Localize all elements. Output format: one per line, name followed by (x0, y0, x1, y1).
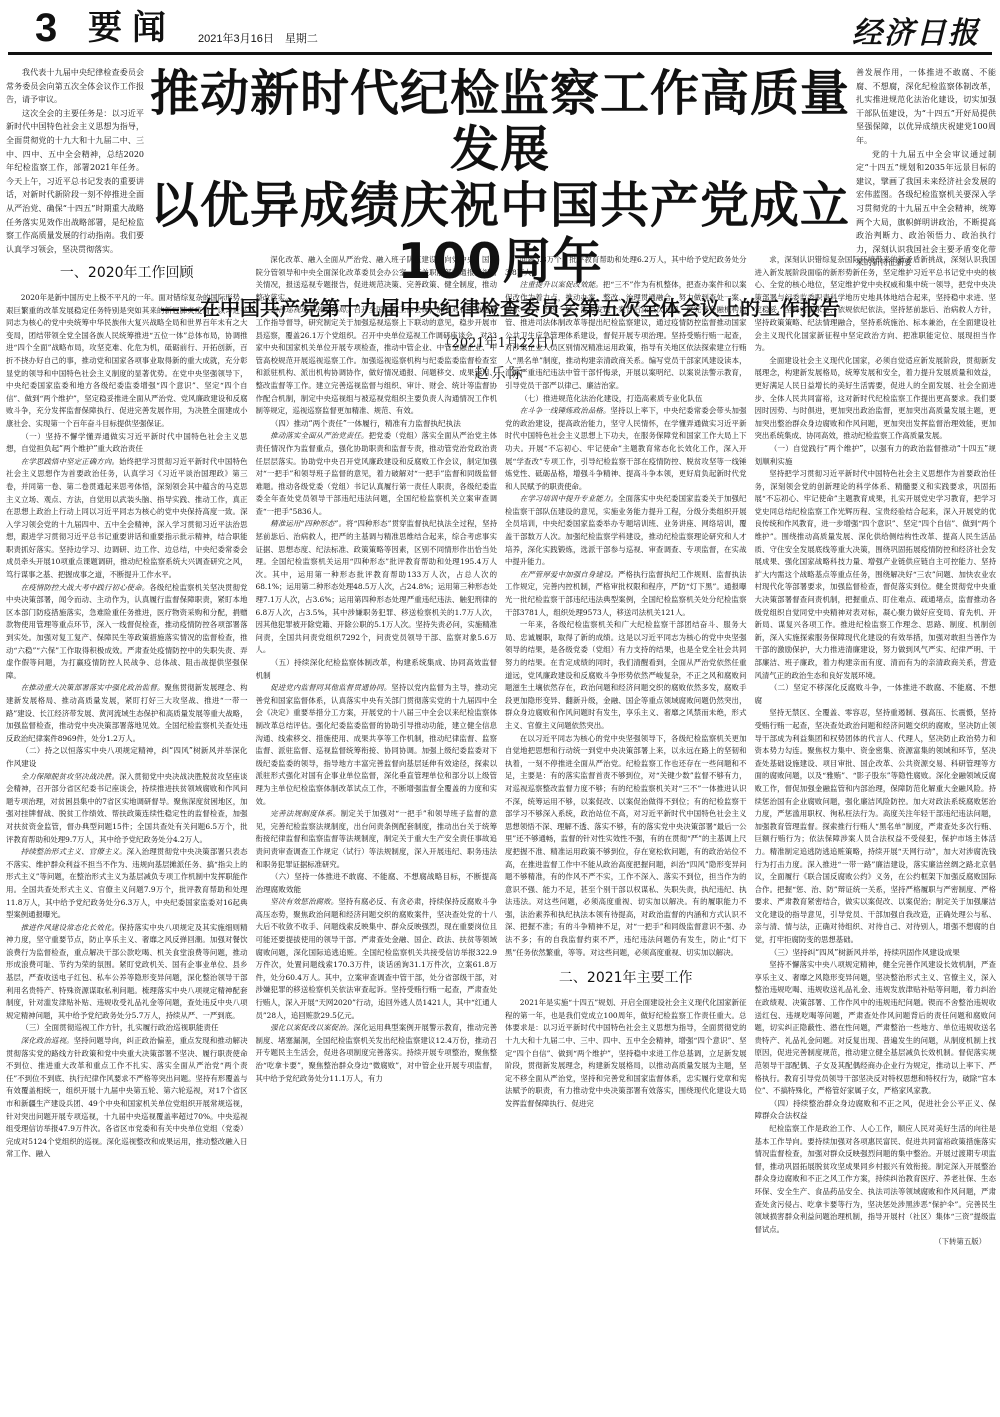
paragraph-lead: 坚决有效惩治腐败。 (270, 897, 338, 906)
subsection-heading: （二）持之以恒落实中央八项规定精神，纠“四风”树新风并举深化作风建设 (6, 745, 248, 770)
body-paragraph: 问题3.8万个，批评教育帮助和处理6.2万人，其中给予党纪政务处分3.8万人。 (505, 254, 747, 279)
intro-paragraph: 善发展作用，一体推进不敢腐、不能腐、不想腐，深化纪检监察体制改革，扎实推进规范化… (856, 66, 996, 148)
body-paragraph: 注重提升以案促改效能。把“三不”作为有机整体，把查办案件和以案促改作为着力点，推… (505, 279, 747, 392)
paragraph-lead: 在推动重大决策部署落实中强化政治监督。 (21, 683, 165, 692)
body-paragraph: 持续整治形式主义、官僚主义。深入治理贯彻党中央决策部署只表态不落实、维护群众利益… (6, 846, 248, 922)
body-paragraph: 全面建设社会主义现代化国家，必须自觉适应新发展阶段，贯彻新发展理念，构建新发展格… (755, 355, 997, 443)
paragraph-text: 保持落实中央八项规定及其实施细则精神力度，坚守重要节点，防止享乐主义、奢靡之风反… (6, 923, 248, 1020)
paragraph-text: 深入治理贯彻党中央决策部署只表态不落实、维护群众利益不担当不作为、违规向基层摊派… (6, 847, 248, 919)
paragraph-lead: 推动落实全面从严治党责任。 (270, 431, 368, 440)
masthead: 3 要闻 2021年3月16日 星期二 经济日报 (0, 0, 1000, 56)
paragraph-text: 各级纪检监察机关坚决贯彻党中央决策部署，闻令而动、主动作为，认真履行监督保障职责… (6, 583, 248, 680)
intro-paragraph: 这次全会的主要任务是：以习近平新时代中国特色社会主义思想为指导，全面贯彻党的十九… (6, 107, 144, 257)
body-paragraph: 一年来，各级纪检监察机关和广大纪检监察干部团结奋斗、服务大局、忠诚履职，取得了新… (505, 619, 747, 732)
masthead-divider (8, 52, 992, 55)
article-body: 一、2020年工作回顾2020年是新中国历史上极不平凡的一年。面对错综复杂的国际… (6, 254, 996, 1414)
intro-paragraph: 党的十九届五中全会审议通过制定“十四五”规划和2035年远景目标的建议，擘画了我… (856, 148, 996, 270)
section-heading: 一、2020年工作回顾 (6, 264, 248, 282)
paragraph-text: 2021年是实施“十四五”规划、开启全面建设社会主义现代化国家新征程的第一年，也… (505, 998, 747, 1108)
subsection-heading: （七）推进规范化法治化建设，打造高素质专业化队伍 (505, 393, 747, 406)
paragraph-text: 深化改革、融入全面从严治党、融入班子队伍建设。向党中央、国务院分管领导和中央全面… (256, 255, 498, 302)
paragraph-lead: 完善法规制度体系。 (270, 809, 340, 818)
paragraph-text: 问题3.8万个，批评教育帮助和处理6.2万人，其中给予党纪政务处分3.8万人。 (505, 255, 747, 277)
body-paragraph: 坚持不懈落实中央八项规定精神，健全完善作风建设长效机制，严查享乐主义、奢靡之风隐… (755, 959, 997, 1098)
page-number: 3 (35, 8, 57, 48)
body-paragraph: 纪检监察工作是政治工作、人心工作，顺应人民对美好生活的向往是基本工作导向。要持续… (755, 1123, 997, 1236)
body-paragraph: 坚决有效惩治腐败。坚持有腐必反、有贪必肃，持续保持反腐败斗争高压态势，聚焦政治问… (256, 896, 498, 1022)
paragraph-lead: 推进作风建设常态化长效化。 (21, 923, 119, 932)
body-paragraph: 全力保障脱贫攻坚决战决胜。深入贯彻党中央决战决胜脱贫攻坚座谈会精神，召开部分省区… (6, 771, 248, 847)
paragraph-lead: 促进党内监督同其他监督贯通协同。 (270, 683, 391, 692)
column-3: 问题3.8万个，批评教育帮助和处理6.2万人，其中给予党纪政务处分3.8万人。注… (505, 254, 747, 1414)
body-paragraph: 坚持无禁区、全覆盖、零容忍，坚持重遏制、强高压、长震慑，坚持受贿行贿一起查，坚决… (755, 707, 997, 946)
intro-paragraph: 我代表十九届中央纪律检查委员会常务委员会向第五次全体会议作工作报告，请予审议。 (6, 66, 144, 107)
paragraph-lead: 在斗争一线锤炼政治品格。 (520, 406, 611, 415)
section-title: 要闻 (88, 10, 176, 46)
body-paragraph: 促进党内监督同其他监督贯通协同。坚持以党内监督为主导，推动完善党和国家监督体系，… (256, 682, 498, 808)
body-paragraph: 推进作风建设常态化长效化。保持落实中央八项规定及其实施细则精神力度，坚守重要节点… (6, 922, 248, 1023)
newspaper-logo: 经济日报 (852, 8, 980, 52)
body-paragraph: 完善法规制度体系。制定关于加强对“一把手”和领导班子监督的意见，完善纪检监察法规… (256, 808, 498, 871)
issue-date: 2021年3月16日 星期二 (198, 30, 318, 46)
subsection-heading: （三）全面贯彻巡视工作方针，扎实履行政治巡视职能责任 (6, 1022, 248, 1035)
paragraph-text: 坚持以上率下，中央纪委常委会带头加强党的政治建设，提高政治能力，坚守人民情怀，在… (505, 406, 747, 491)
paragraph-text: 将“四种形态”贯穿监督执纪执法全过程，坚持惩前毖后、治病救人，把严的主基调与精准… (256, 519, 498, 654)
paragraph-text: 坚持问题导向，纠正政治偏差，重点发现和推动解决贯彻落实党的路线方针政策和党中央重… (6, 1036, 248, 1158)
paragraph-lead: 在严管厚爱中加强自身建设。 (520, 570, 618, 579)
headline-line-1: 推动新时代纪检监察工作高质量发展 (140, 66, 860, 178)
column-4: 求，深刻认识错综复杂国际环境带来的新矛盾新挑战，深刻认识我国进入新发展阶段面临的… (755, 254, 997, 1414)
subsection-heading: （三）坚持纠“四风”树新风并举，持续巩固作风建设成果 (755, 947, 997, 960)
paragraph-lead: 在学习培训中提升专业能力。 (520, 494, 618, 503)
paragraph-text: 深入贯彻党中央决战决胜脱贫攻坚座谈会精神，召开部分省区纪委书记座谈会，持续推进扶… (6, 772, 248, 844)
paragraph-lead: 注重提升以案促改效能。 (520, 280, 603, 289)
subsection-heading: （五）持续深化纪检监察体制改革，构建系统集成、协同高效监督机制 (256, 657, 498, 682)
body-paragraph: 求，深刻认识错综复杂国际环境带来的新矛盾新挑战，深刻认识我国进入新发展阶段面临的… (755, 254, 997, 355)
paragraph-lead: 强化以案促改以案促治。 (270, 1023, 353, 1032)
paragraph-text: 全面落实中央纪委国家监委关于加强纪检监察干部队伍建设的意见，实施业务能力提升工程… (505, 494, 747, 566)
paragraph-text: 2020年是新中国历史上极不平凡的一年。面对错综复杂的国际形势、艰巨繁重的改革发… (6, 293, 248, 428)
subsection-heading: （二）坚定不移深化反腐败斗争，一体推进不敢腐、不能腐、不想腐 (755, 682, 997, 707)
intro-right: 善发展作用，一体推进不敢腐、不能腐、不想腐，深化纪检监察体制改革，扎实推进规范化… (856, 66, 996, 270)
paragraph-text: 始终把学习贯彻习近平新时代中国特色社会主义思想作为首要政治任务，认真学习《习近平… (6, 457, 248, 579)
paragraph-text: 坚持不懈落实中央八项规定精神，健全完善作风建设长效机制，严查享乐主义、奢靡之风隐… (755, 960, 997, 1095)
column-1: 一、2020年工作回顾2020年是新中国历史上极不平凡的一年。面对错综复杂的国际… (6, 254, 248, 1414)
body-paragraph: 在以习近平同志为核心的党中央坚强领导下，各级纪检监察机关更加自觉地把思想和行动统… (505, 733, 747, 960)
paragraph-lead: 在疫情防控大战大考中践行初心使命。 (21, 583, 150, 592)
body-paragraph: 在疫情防控大战大考中践行初心使命。各级纪检监察机关坚决贯彻党中央决策部署，闻令而… (6, 582, 248, 683)
body-paragraph: 2020年是新中国历史上极不平凡的一年。面对错综复杂的国际形势、艰巨繁重的改革发… (6, 292, 248, 431)
body-paragraph: 精准运用“四种形态”。将“四种形态”贯穿监督执纪执法全过程，坚持惩前毖后、治病救… (256, 518, 498, 657)
paragraph-text: 一年来，各级纪检监察机关和广大纪检监察干部团结奋斗、服务大局、忠诚履职，取得了新… (505, 620, 747, 730)
subsection-heading: （四）持续整治群众身边腐败和不正之风，促进社会公平正义、保障群众合法权益 (755, 1098, 997, 1123)
paragraph-text: 召开全国巡视工作会议，加强对省区市巡视工作指导督导，研究制定关于加强巡视巡察上下… (256, 305, 498, 415)
paragraph-text: 纪检监察工作是政治工作、人心工作，顺应人民对美好生活的向往是基本工作导向。要持续… (755, 1124, 997, 1234)
continued-on-page-note: （下转第五版） (755, 1236, 997, 1249)
body-paragraph: 在学习培训中提升专业能力。全面落实中央纪委国家监委关于加强纪检监察干部队伍建设的… (505, 493, 747, 569)
paragraph-text: 坚持以党内监督为主导，推动完善党和国家监督体系，认真落实中央有关部门贯彻落实党的… (256, 683, 498, 805)
paragraph-lead: 深化政治巡视。 (21, 1036, 74, 1045)
paragraph-text: 把党委（党组）落实全面从严治党主体责任情况作为监督重点，强化协助职责和监督专责，… (256, 431, 498, 516)
body-paragraph: 强化以案促改以案促治。深化运用典型案例开展警示教育，推动完善制度、堵塞漏洞，全国… (256, 1022, 498, 1085)
paragraph-text: 坚持有腐必反、有贪必肃，持续保持反腐败斗争高压态势，聚焦政治问题和经济问题交织的… (256, 897, 498, 1019)
column-2: 深化改革、融入全面从严治党、融入班子队伍建设。向党中央、国务院分管领导和中央全面… (256, 254, 498, 1414)
subsection-heading: （一）坚持不懈学懂弄通做实习近平新时代中国特色社会主义思想，自觉担负起“两个维护… (6, 431, 248, 456)
paragraph-text: 把“三不”作为有机整体，把查办案件和以案促改作为着力点，推动办案、整改、治理贯通… (505, 280, 747, 390)
paragraph-lead: 精准运用“四种形态”。 (270, 519, 346, 528)
body-paragraph: 坚持把学习贯彻习近平新时代中国特色社会主义思想作为首要政治任务，深刻领会党的创新… (755, 468, 997, 682)
body-paragraph: 完善巡视巡察战略格局。召开全国巡视工作会议，加强对省区市巡视工作指导督导，研究制… (256, 304, 498, 417)
paragraph-text: 全面建设社会主义现代化国家，必须自觉适应新发展阶段，贯彻新发展理念，构建新发展格… (755, 356, 997, 441)
body-paragraph: 在斗争一线锤炼政治品格。坚持以上率下，中央纪委常委会带头加强党的政治建设，提高政… (505, 405, 747, 493)
body-paragraph: 2021年是实施“十四五”规划、开启全面建设社会主义现代化国家新征程的第一年，也… (505, 997, 747, 1110)
body-paragraph: 深化政治巡视。坚持问题导向，纠正政治偏差，重点发现和推动解决贯彻落实党的路线方针… (6, 1035, 248, 1161)
paragraph-lead: 全力保障脱贫攻坚决战决胜。 (21, 772, 119, 781)
paragraph-text: 坚持无禁区、全覆盖、零容忍，坚持重遏制、强高压、长震慑，坚持受贿行贿一起查，坚决… (755, 708, 997, 944)
subsection-heading: （四）推动“两个责任”一体履行，精准有力监督执纪执法 (256, 418, 498, 431)
intro-left: 我代表十九届中央纪律检查委员会常务委员会向第五次全体会议作工作报告，请予审议。 … (6, 66, 144, 256)
body-paragraph: 深化改革、融入全面从严治党、融入班子队伍建设。向党中央、国务院分管领导和中央全面… (256, 254, 498, 304)
body-paragraph: 在推动重大决策部署落实中强化政治监督。聚焦贯彻新发展理念、构建新发展格局、推动高… (6, 682, 248, 745)
section-heading: 二、2021年主要工作 (505, 969, 747, 987)
body-paragraph: 推动落实全面从严治党责任。把党委（党组）落实全面从严治党主体责任情况作为监督重点… (256, 430, 498, 518)
subsection-heading: （一）自觉践行“两个维护”，以强有力的政治监督推动“十四五”规划顺利实施 (755, 443, 997, 468)
paragraph-lead: 持续整治形式主义、官僚主义。 (21, 847, 127, 856)
paragraph-lead: 完善巡视巡察战略格局。 (270, 305, 353, 314)
paragraph-text: 坚持把学习贯彻习近平新时代中国特色社会主义思想作为首要政治任务，深刻领会党的创新… (755, 469, 997, 680)
body-paragraph: 在学思践悟中坚定正确方向。始终把学习贯彻习近平新时代中国特色社会主义思想作为首要… (6, 456, 248, 582)
paragraph-lead: 在学思践悟中坚定正确方向。 (21, 457, 119, 466)
paragraph-text: 求，深刻认识错综复杂国际环境带来的新矛盾新挑战，深刻认识我国进入新发展阶段面临的… (755, 255, 997, 352)
body-paragraph: 在严管厚爱中加强自身建设。严格执行监督执纪工作规则、监督执法工作规定，完善内控机… (505, 569, 747, 619)
paragraph-text: 在以习近平同志为核心的党中央坚强领导下，各级纪检监察机关更加自觉地把思想和行动统… (505, 734, 747, 957)
subsection-heading: （六）坚持一体推进不敢腐、不能腐、不想腐战略目标，不断提高治理腐败效能 (256, 871, 498, 896)
